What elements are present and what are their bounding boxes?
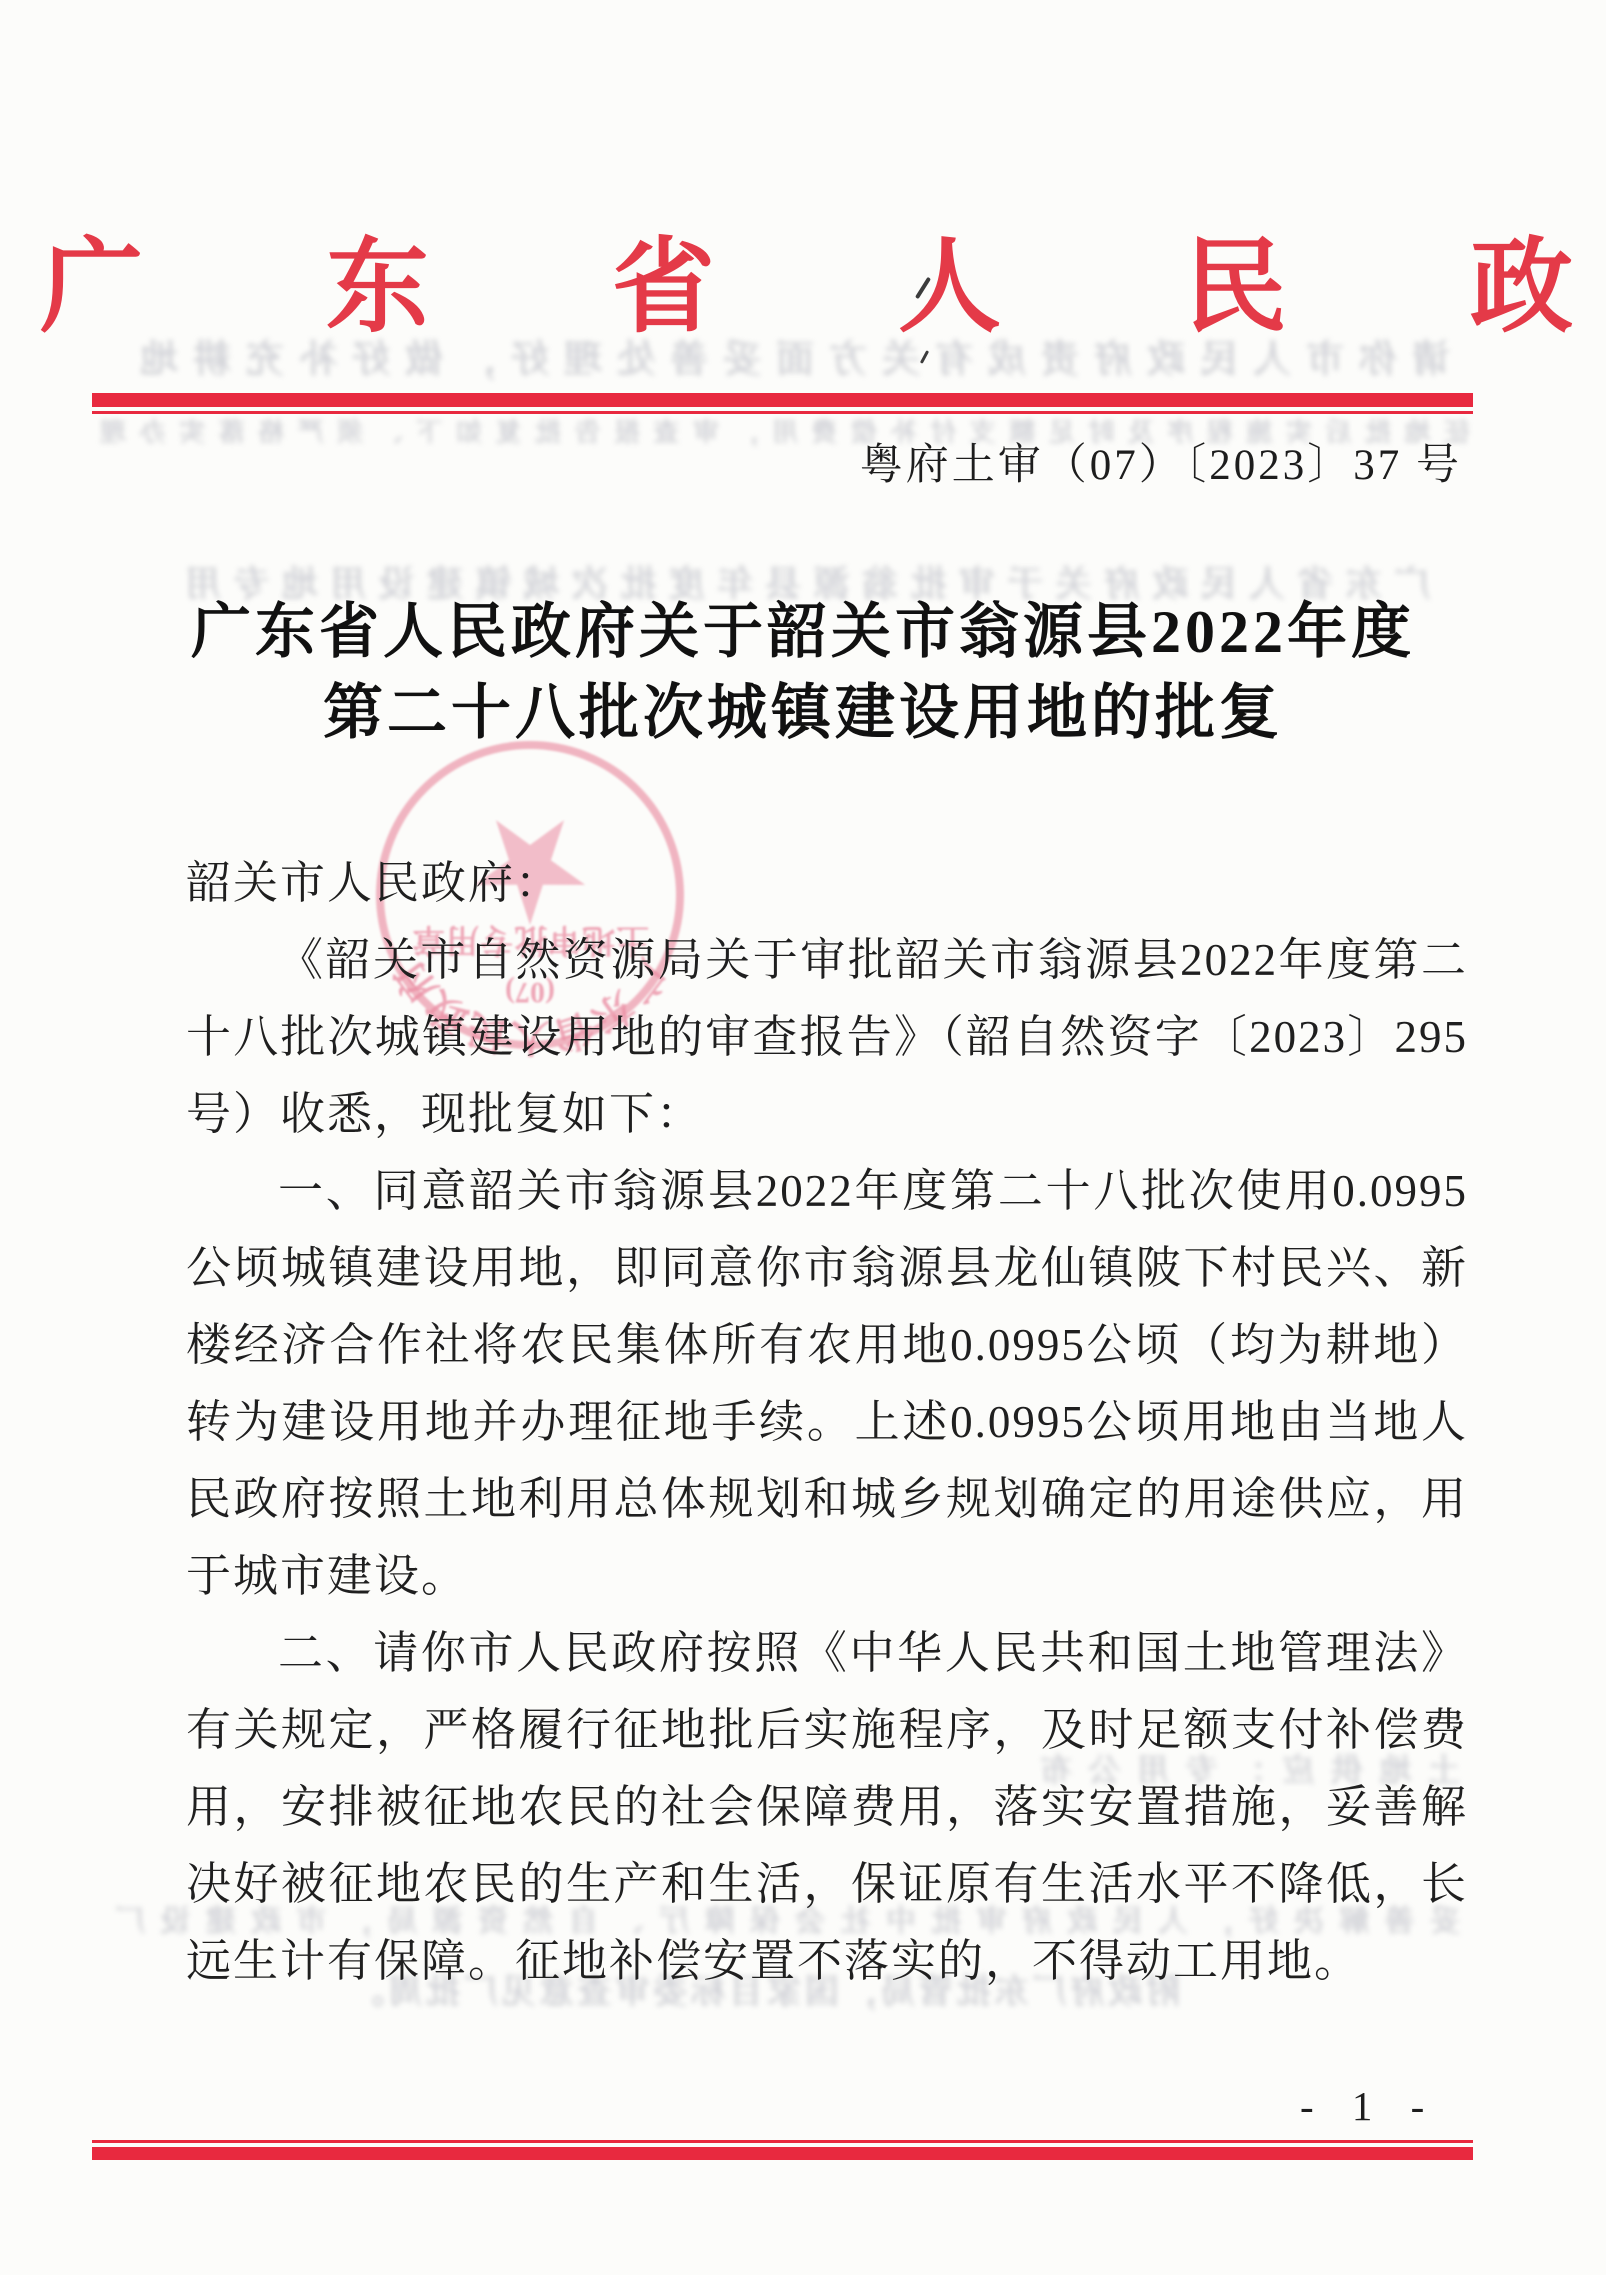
body-line: 楼经济合作社将农民集体所有农用地0.0995公顷（均为耕地） [186,1307,1468,1384]
body-line: 转为建设用地并办理征地手续。上述0.0995公顷用地由当地人 [186,1384,1468,1461]
body-line: 用，安排被征地农民的社会保障费用，落实安置措施，妥善解 [186,1769,1468,1846]
header-rule-thin [92,411,1473,414]
footer-rule-thin [92,2140,1473,2143]
document-title: 广东省人民政府关于韶关市翁源县2022年度 第二十八批次城镇建设用地的批复 [0,592,1606,754]
body-line: 决好被征地农民的生产和生活，保证原有生活水平不降低，长 [186,1846,1468,1923]
body-line: 民政府按照土地利用总体规划和城乡规划确定的用途供应，用 [186,1461,1468,1538]
body-line: 公顷城镇建设用地，即同意你市翁源县龙仙镇陂下村民兴、新 [186,1230,1468,1307]
footer-rule-thick [92,2147,1473,2160]
body-line: 于城市建设。 [186,1538,1468,1615]
body-line: 一、同意韶关市翁源县2022年度第二十八批次使用0.0995 [186,1153,1468,1230]
body-text: 韶关市人民政府：《韶关市自然资源局关于审批韶关市翁源县2022年度第二十八批次城… [186,845,1468,2000]
body-line: 有关规定，严格履行征地批后实施程序，及时足额支付补偿费 [186,1692,1468,1769]
letterhead-org-name: 广 东 省 人 民 政 府 [0,232,1606,345]
body-line: 远生计有保障。征地补偿安置不落实的，不得动工用地。 [186,1923,1468,2000]
page-number: - 1 - [1300,2082,1438,2130]
document-page: 广 东 省 人 民 政 府 粤府土审（07）〔2023〕37 号 广东省人民政府… [0,0,1606,2275]
body-line: 韶关市人民政府： [186,845,1468,922]
body-line: 十八批次城镇建设用地的审查报告》（韶自然资字〔2023〕295 [186,999,1468,1076]
document-number: 粤府土审（07）〔2023〕37 号 [860,442,1462,490]
scan-artifact-mark [920,350,929,364]
body-line: 号）收悉，现批复如下： [186,1076,1468,1153]
document-title-line1: 广东省人民政府关于韶关市翁源县2022年度 [0,592,1606,673]
body-line: 《韶关市自然资源局关于审批韶关市翁源县2022年度第二 [186,922,1468,999]
document-title-line2: 第二十八批次城镇建设用地的批复 [0,673,1606,754]
body-line: 二、请你市人民政府按照《中华人民共和国土地管理法》 [186,1615,1468,1692]
header-rule-thick [92,393,1473,407]
